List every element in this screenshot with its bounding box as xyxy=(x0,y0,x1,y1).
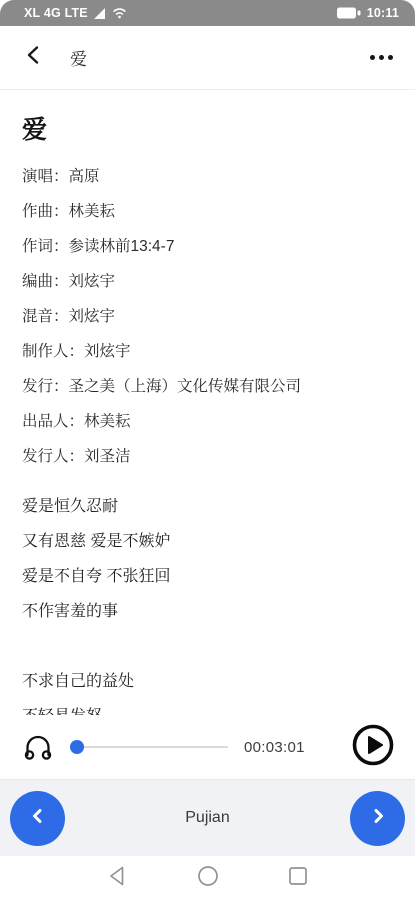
android-home-icon xyxy=(196,864,220,893)
credit-line: 演唱：高原 xyxy=(22,159,415,194)
signal-icon xyxy=(94,8,106,19)
lyric-line: 不作害羞的事 xyxy=(22,594,415,629)
credit-line: 出品人：林美耘 xyxy=(22,404,415,439)
back-icon xyxy=(24,45,42,70)
status-bar: XL 4G LTE 10:11 xyxy=(0,0,415,26)
carrier-label: XL 4G LTE xyxy=(24,6,88,20)
overflow-menu-icon xyxy=(370,55,393,60)
phone-screen: XL 4G LTE 10:11 xyxy=(0,0,415,900)
credits-section: 演唱：高原 作曲：林美耘 作词：参读林前13:4-7 编曲：刘炫宇 混音：刘炫宇… xyxy=(22,159,415,474)
android-home-button[interactable] xyxy=(195,865,221,891)
back-button[interactable] xyxy=(20,45,46,71)
slider-track xyxy=(70,746,228,748)
battery-icon xyxy=(337,7,361,19)
wifi-icon xyxy=(112,7,127,19)
lyric-line: 不求自己的益处 xyxy=(22,664,415,699)
slider-thumb[interactable] xyxy=(70,740,84,754)
clock-label: 10:11 xyxy=(367,6,399,20)
lyric-line: 不轻易发怒 xyxy=(22,699,415,715)
lyrics-stanza-2: 不求自己的益处 不轻易发怒 xyxy=(22,664,415,715)
android-recents-icon xyxy=(287,865,309,892)
previous-button[interactable] xyxy=(10,791,65,846)
android-nav-bar xyxy=(0,856,415,900)
bottom-bar: Pujian xyxy=(0,779,415,856)
lyrics-stanza-1: 爱是恒久忍耐 又有恩慈 爱是不嫉妒 爱是不自夸 不张狂回 不作害羞的事 xyxy=(22,489,415,629)
android-back-icon xyxy=(107,864,129,893)
credit-line: 发行：圣之美（上海）文化传媒有限公司 xyxy=(22,369,415,404)
bottom-bar-label: Pujian xyxy=(65,809,350,827)
next-button[interactable] xyxy=(350,791,405,846)
lyric-line: 爱是不自夸 不张狂回 xyxy=(22,559,415,594)
credit-line: 发行人：刘圣洁 xyxy=(22,439,415,474)
progress-slider[interactable] xyxy=(70,740,228,754)
headphones-icon xyxy=(22,731,54,763)
play-icon xyxy=(351,723,395,772)
chevron-left-icon xyxy=(28,806,48,831)
credit-line: 制作人：刘炫宇 xyxy=(22,334,415,369)
chevron-right-icon xyxy=(368,806,388,831)
credit-line: 混音：刘炫宇 xyxy=(22,299,415,334)
overflow-menu-button[interactable] xyxy=(368,49,395,66)
duration-label: 00:03:01 xyxy=(244,739,305,756)
lyrics-page-content: 爱 演唱：高原 作曲：林美耘 作词：参读林前13:4-7 编曲：刘炫宇 混音：刘… xyxy=(0,90,415,715)
lyric-line: 爱是恒久忍耐 xyxy=(22,489,415,524)
audio-player-bar: 00:03:01 xyxy=(0,715,415,779)
android-recents-button[interactable] xyxy=(285,865,311,891)
app-bar: 爱 xyxy=(0,26,415,90)
song-title: 爱 xyxy=(22,110,415,146)
credit-line: 作曲：林美耘 xyxy=(22,194,415,229)
credit-line: 作词：参读林前13:4-7 xyxy=(22,229,415,264)
credit-line: 编曲：刘炫宇 xyxy=(22,264,415,299)
play-button[interactable] xyxy=(351,723,395,772)
app-bar-title: 爱 xyxy=(70,45,87,70)
lyric-line: 又有恩慈 爱是不嫉妒 xyxy=(22,524,415,559)
android-back-button[interactable] xyxy=(105,865,131,891)
